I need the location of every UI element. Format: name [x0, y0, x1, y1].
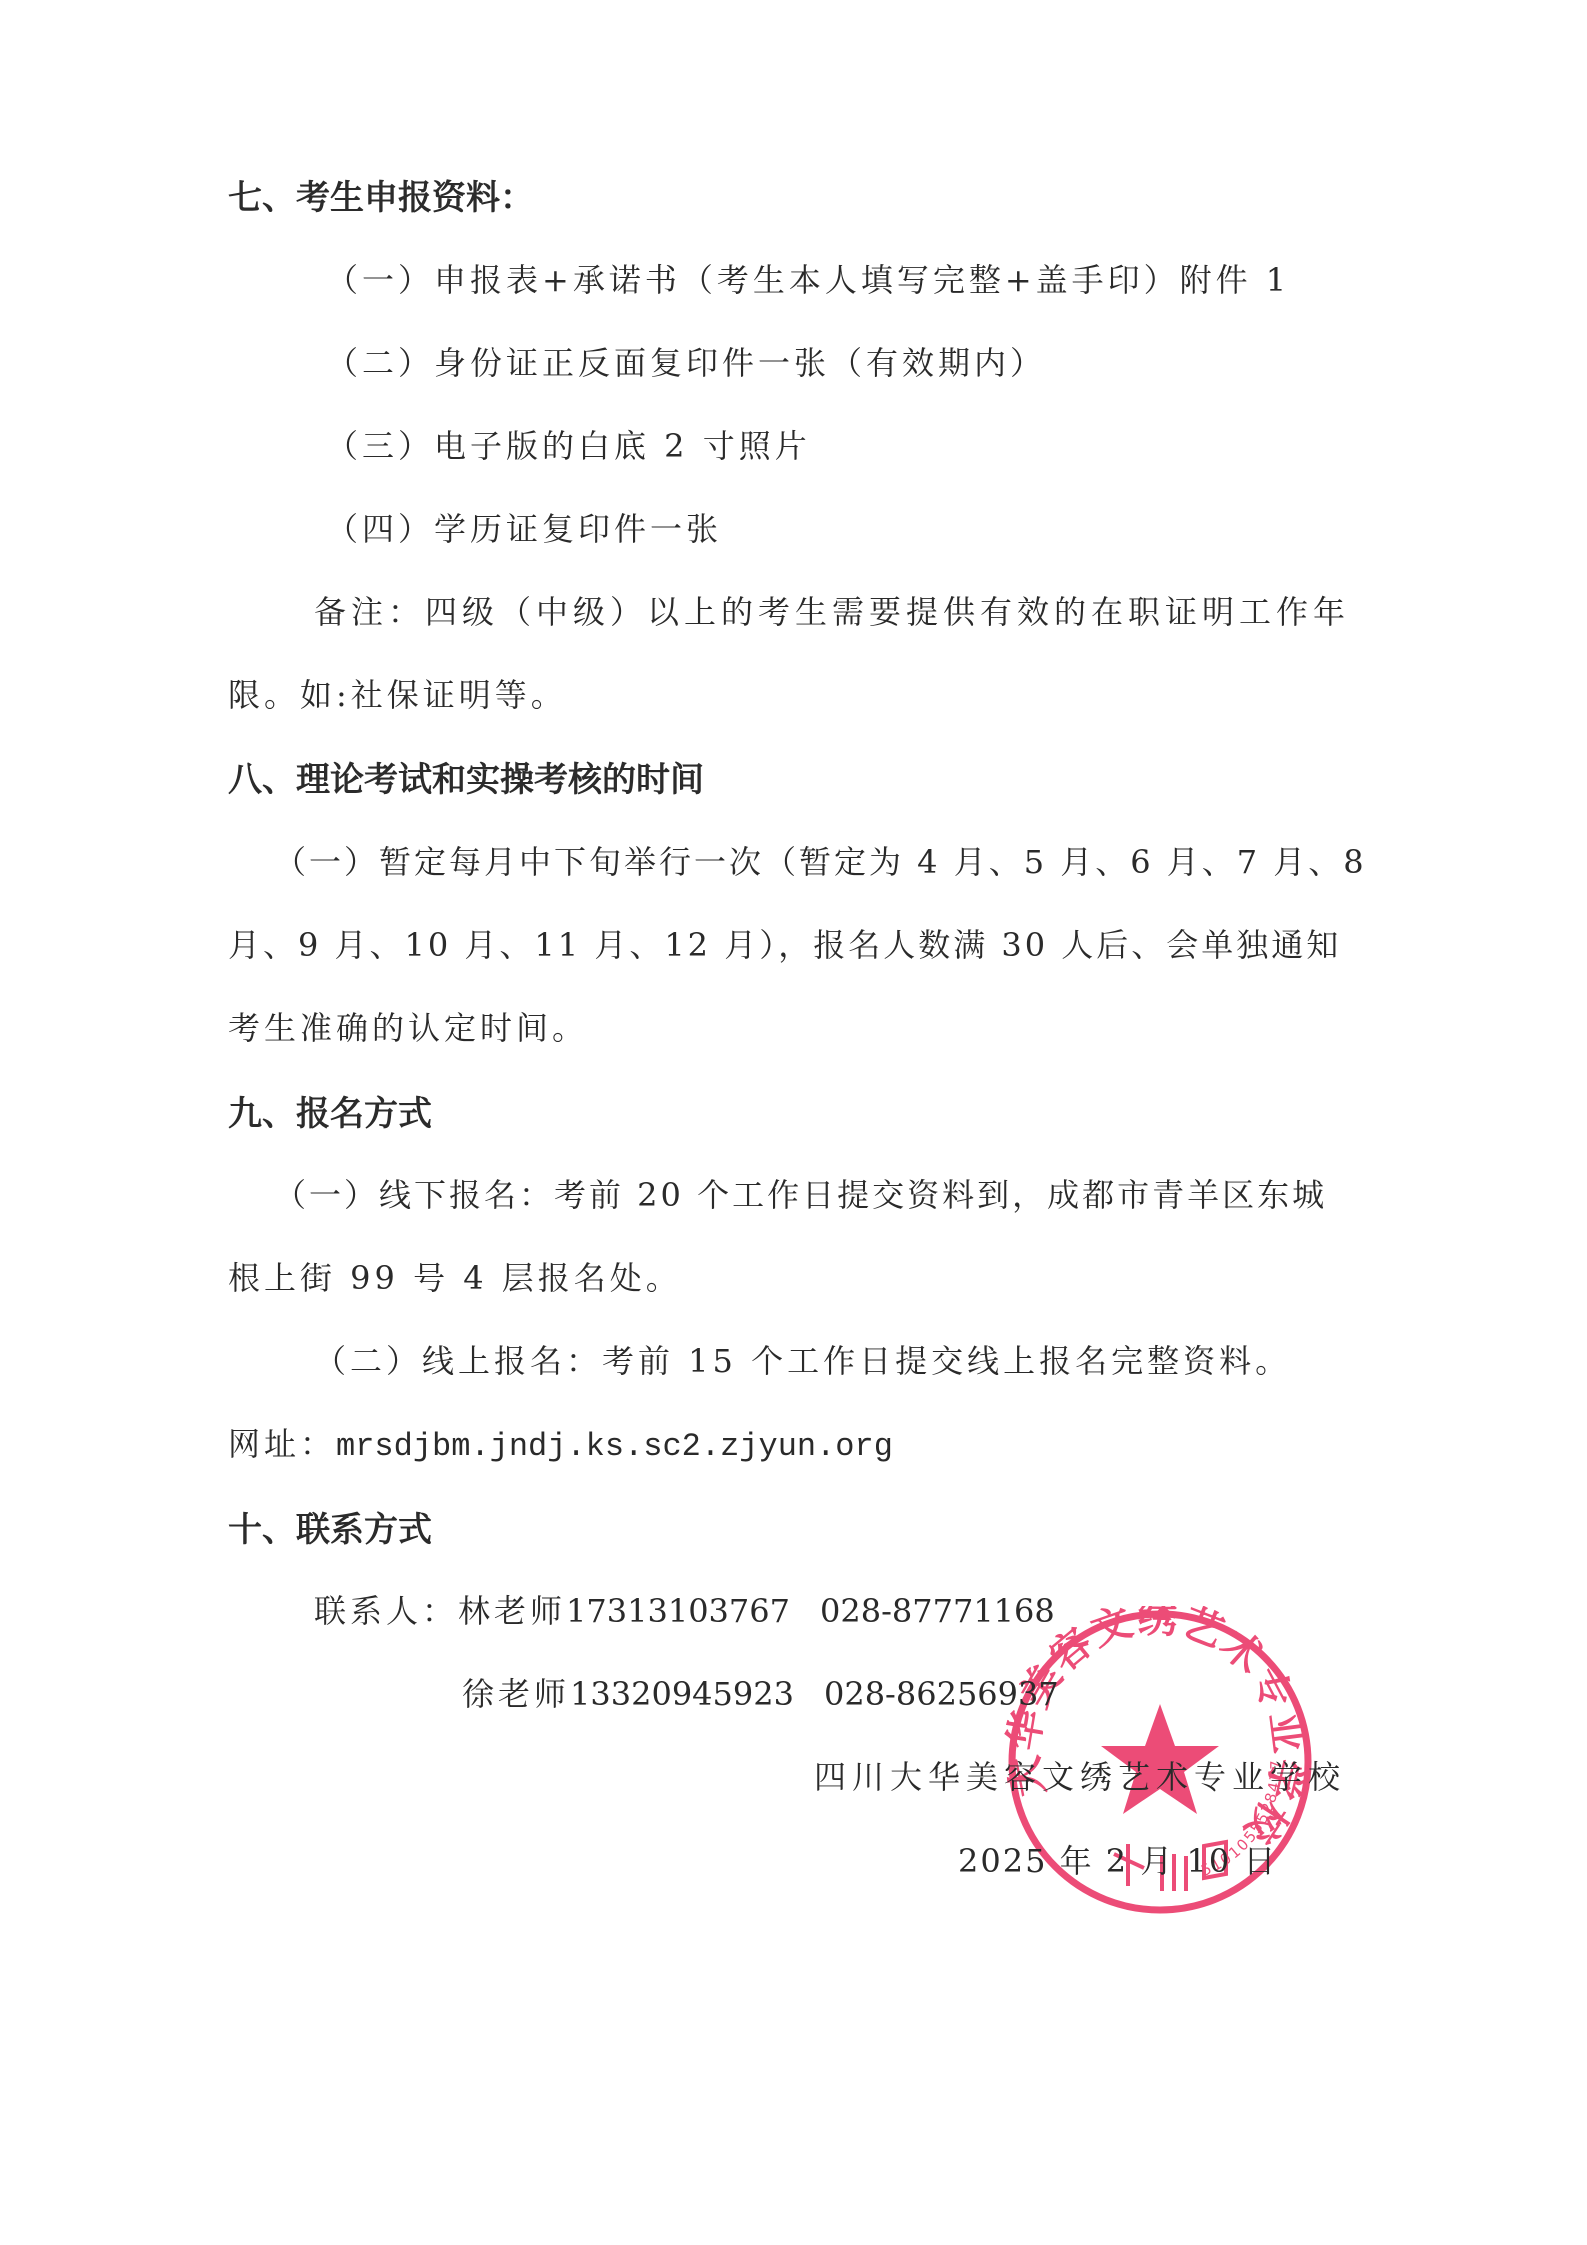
contact-label: 联系人： — [314, 1592, 458, 1630]
contact-mobile: 13320945923 — [570, 1675, 794, 1713]
contact-phone: 028-87771168 — [820, 1592, 1055, 1630]
s8-para-line-3: 考生准确的认定时间。 — [228, 1003, 588, 1049]
contact-row-1: 联系人：林老师17313103767028-87771168 — [314, 1586, 1055, 1632]
registration-url[interactable]: mrsdjbm.jndj.ks.sc2.zjyun.org — [336, 1428, 893, 1465]
contact-phone: 028-86256937 — [824, 1675, 1059, 1713]
section-9-heading: 九、报名方式 — [228, 1086, 432, 1135]
s9-offline-line-2: 根上街 99 号 4 层报名处。 — [228, 1253, 682, 1299]
s8-para-line-1: （一）暂定每月中下旬举行一次（暂定为 4 月、5 月、6 月、7 月、8 — [274, 837, 1367, 883]
s7-item-1: （一）申报表+承诺书（考生本人填写完整+盖手印）附件 1 — [326, 255, 1290, 301]
s9-online: （二）线上报名：考前 15 个工作日提交线上报名完整资料。 — [314, 1336, 1291, 1382]
s8-para-line-2: 月、9 月、10 月、11 月、12 月），报名人数满 30 人后、会单独通知 — [228, 920, 1341, 966]
section-7-heading: 七、考生申报资料： — [228, 170, 534, 219]
s7-item-2: （二）身份证正反面复印件一张（有效期内） — [326, 338, 1046, 384]
s7-item-3: （三）电子版的白底 2 寸照片 — [326, 421, 811, 467]
document-page: 七、考生申报资料： （一）申报表+承诺书（考生本人填写完整+盖手印）附件 1 （… — [0, 0, 1587, 2245]
contact-name: 徐老师 — [462, 1675, 570, 1713]
s9-url-line: 网址：mrsdjbm.jndj.ks.sc2.zjyun.org — [228, 1419, 893, 1465]
svg-text:大华美容文绣艺术专业学校: 大华美容文绣艺术专业学校 — [1004, 1606, 1312, 1853]
section-10-heading: 十、联系方式 — [228, 1502, 432, 1551]
s7-item-4: （四）学历证复印件一张 — [326, 504, 722, 550]
contact-name: 林老师 — [458, 1592, 566, 1630]
s9-offline-line-1: （一）线下报名：考前 20 个工作日提交资料到，成都市青羊区东城 — [274, 1170, 1327, 1216]
signature-date: 2025 年 2 月 10 日 — [958, 1836, 1277, 1882]
signature-organization: 四川大华美容文绣艺术专业学校 — [814, 1752, 1346, 1798]
contact-row-2: 徐老师13320945923028-86256937 — [462, 1669, 1059, 1715]
url-label: 网址： — [228, 1425, 336, 1463]
contact-mobile: 17313103767 — [566, 1592, 790, 1630]
s7-note-line-2: 限。如:社保证明等。 — [228, 670, 567, 716]
s7-note-line-1: 备注：四级（中级）以上的考生需要提供有效的在职证明工作年 — [314, 587, 1350, 633]
section-8-heading: 八、理论考试和实操考核的时间 — [228, 752, 704, 801]
